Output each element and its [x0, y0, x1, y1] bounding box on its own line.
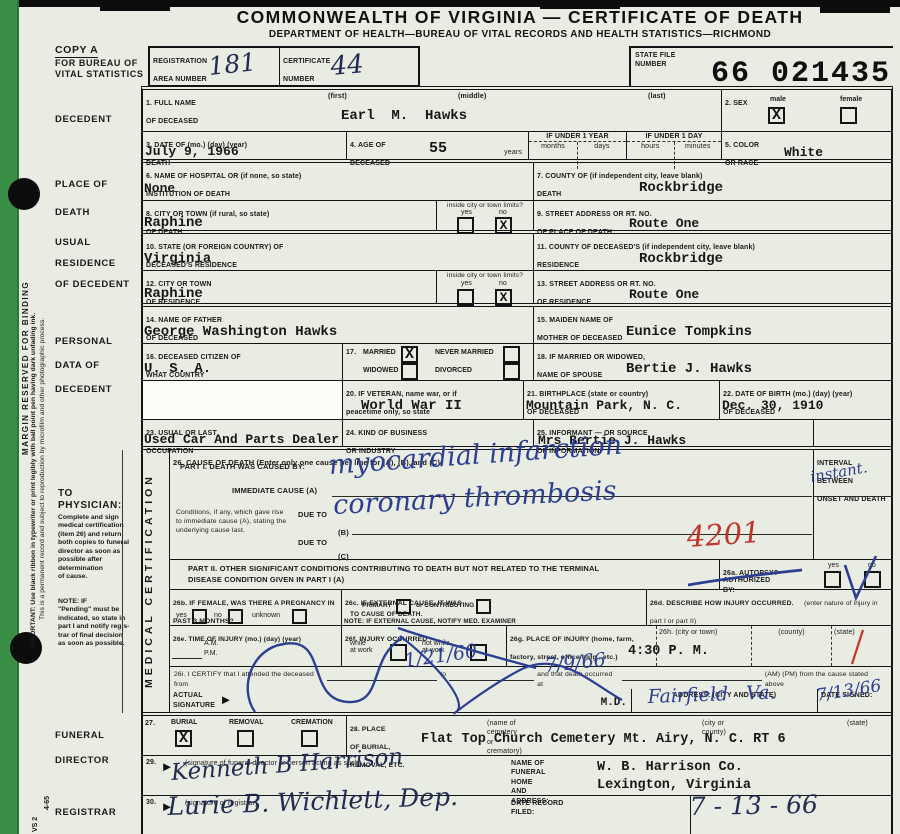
registration-area-value: 181	[207, 47, 257, 81]
to-physician-note: Complete and sign medical certification …	[58, 514, 130, 582]
widowed-checkbox	[401, 363, 418, 380]
section-personal-data: PERSONAL DATA OF DECEDENT	[55, 336, 113, 395]
occupation-cell: 23. USUAL OR LAST OCCUPATION Used Car An…	[143, 420, 343, 446]
hint-middle: (middle)	[458, 92, 486, 101]
certificate-number-value: 44	[329, 49, 365, 82]
father-value: George Washington Hawks	[144, 324, 337, 340]
limits-death-no-label: no	[499, 209, 507, 216]
sex-female-checkbox	[840, 107, 857, 124]
part2-cell: PART II. OTHER SIGNIFICANT CONDITIONS CO…	[170, 560, 720, 589]
hospital-value: None	[144, 181, 175, 196]
removal-checkbox	[237, 730, 254, 747]
row-name-sex: 1. FULL NAME OF DECEASED (first) (middle…	[143, 90, 891, 132]
under-one-day-label: IF UNDER 1 DAY	[627, 132, 721, 142]
date-filed-label: DATE RECORD FILED:	[511, 799, 563, 818]
describe-injury-label: 26d. DESCRIBE HOW INJURY OCCURRED.	[650, 600, 794, 607]
certify-to-label: to	[437, 670, 449, 679]
county-death-cell: 7. COUNTY OF (if independent city, leave…	[534, 163, 706, 200]
autopsy-no-label: no	[868, 562, 876, 569]
registration-box: REGISTRATION AREA NUMBER 181 CERTIFICATE…	[148, 46, 420, 87]
limits-death-cell: inside city or town limits? yes no X	[437, 201, 534, 230]
binding-edge-strip	[0, 0, 19, 834]
interval-line	[814, 496, 892, 497]
external-cause-cell: 26c. IF EXTERNAL CAUSE, IT WAS PRIMARY o…	[342, 590, 647, 625]
informant-extra-cell	[814, 420, 820, 446]
death-certificate-scan: MARGIN RESERVED FOR BINDING IMPORTANT: U…	[0, 0, 900, 834]
signature-arrow-icon: ►	[220, 692, 233, 707]
spouse-cell: 18. IF MARRIED OR WIDOWED, NAME OF SPOUS…	[534, 344, 648, 380]
under-one-day-cell: IF UNDER 1 DAY hours minutes	[627, 132, 722, 159]
cause-part1-label: PART I. DEATH WAS CAUSED BY:	[180, 462, 305, 472]
pregnancy-unknown-checkbox	[292, 609, 307, 624]
cremation-checkbox	[301, 730, 318, 747]
autopsy-yes-checkbox	[824, 571, 841, 588]
state-file-label: STATE FILE NUMBER	[635, 51, 676, 70]
hospital-cell: 6. NAME OF HOSPITAL OR (if none, so stat…	[143, 163, 534, 200]
veteran-value: World War II	[361, 398, 462, 414]
part2-label: PART II. OTHER SIGNIFICANT CONDITIONS CO…	[188, 564, 599, 584]
city-death-value: Raphine	[144, 215, 203, 231]
citizen-cell: 16. DECEASED CITIZEN OF WHAT COUNTRY U. …	[143, 344, 343, 380]
sex-male-label: male	[770, 96, 786, 103]
cemetery-state-hint: (state)	[847, 719, 868, 728]
pregnancy-no-label: no	[214, 612, 222, 619]
funeral-home-cell: NAME OF FUNERAL HOME AND ADDRESS: W. B. …	[507, 756, 513, 795]
row-burial: 27. BURIAL X REMOVAL CREMATION 28. PLACE…	[143, 716, 891, 756]
margin-important-line2: This is a permanent record and subject t…	[39, 318, 46, 620]
copy-label: COPY A	[55, 44, 98, 58]
row-veteran-birth: 20. IF VETERAN, name war, or if peacetim…	[143, 381, 891, 420]
limits-death-label: inside city or town limits?	[439, 202, 531, 211]
form-revision: 4-65	[44, 796, 51, 810]
pregnancy-cell: 26b. IF FEMALE, WAS THERE A PREGNANCY IN…	[170, 590, 342, 625]
whiteout-cell	[143, 381, 343, 419]
pregnancy-yes-label: yes	[176, 612, 187, 619]
conditions-note: Conditions, if any, which gave rise to i…	[176, 508, 286, 536]
widowed-label: WIDOWED	[363, 367, 398, 374]
full-name-value: Earl M. Hawks	[341, 108, 467, 124]
certificate-title: COMMONWEALTH OF VIRGINIA — CERTIFICATE O…	[150, 7, 890, 28]
margin-binding-text: MARGIN RESERVED FOR BINDING	[21, 281, 30, 455]
certify-from-line	[327, 670, 437, 681]
sex-male-checkbox: X	[768, 107, 785, 124]
date-of-death-cell: 3. DATE OF (mo.) (day) (year) DEATH July…	[143, 132, 347, 159]
mother-label: 15. MAIDEN NAME OF MOTHER OF DECEASED	[537, 317, 623, 342]
color-race-label: 5. COLOR OR RACE	[725, 142, 759, 167]
section-residence: USUAL RESIDENCE OF DECEDENT	[55, 238, 130, 290]
injury-state-label: (state)	[832, 626, 857, 666]
limits-res-yes-checkbox	[457, 289, 474, 306]
married-checkbox: X	[401, 346, 418, 363]
medical-cert-vertical-label: MEDICAL CERTIFICATION	[143, 450, 169, 712]
funeral-home-value: W. B. Harrison Co. Lexington, Virginia	[597, 759, 751, 795]
actual-signature-label: ACTUAL SIGNATURE	[173, 691, 215, 710]
place-burial-value: Flat Top Church Cemetery Mt. Airy, N. C.…	[421, 732, 786, 747]
certificate-number-label: CERTIFICATE NUMBER	[283, 58, 330, 83]
under-one-year-label: IF UNDER 1 YEAR	[529, 132, 626, 142]
limits-res-yes-label: yes	[461, 280, 472, 287]
county-res-cell: 11. COUNTY OF DECEASED'S (if independent…	[534, 234, 758, 270]
time-injury-cell: 26e. TIME OF INJURY (mo.) (day) (year) A…	[170, 626, 342, 666]
medical-cert-strip: MEDICAL CERTIFICATION	[143, 450, 170, 712]
due-to-b-label: DUE TO	[298, 510, 327, 520]
hole-punch	[8, 178, 40, 210]
county-death-value: Rockbridge	[639, 180, 723, 196]
registration-area-label: REGISTRATION AREA NUMBER	[153, 58, 207, 83]
immediate-cause-label: IMMEDIATE CAUSE (A)	[232, 486, 317, 496]
divorced-checkbox	[503, 363, 520, 380]
birthplace-cell: 21. BIRTHPLACE (state or country) OF DEC…	[524, 381, 720, 419]
external-contributing-checkbox	[476, 599, 491, 614]
street-death-value: Route One	[629, 216, 699, 231]
limits-res-cell: inside city or town limits? yes no X	[437, 271, 534, 303]
marital-cell: 17. MARRIED X NEVER MARRIED WIDOWED DIVO…	[343, 344, 534, 380]
pregnancy-unknown-label: unknown	[252, 612, 280, 619]
mother-cell: 15. MAIDEN NAME OF MOTHER OF DECEASED Eu…	[534, 307, 626, 343]
row-parents: 14. NAME OF FATHER OF DECEASED George Wa…	[143, 307, 891, 344]
row-hospital-county: 6. NAME OF HOSPITAL OR (if none, so stat…	[143, 163, 891, 201]
cause-b-label: (B)	[338, 528, 349, 538]
limits-death-yes-checkbox	[457, 217, 474, 234]
part2-row: PART II. OTHER SIGNIFICANT CONDITIONS CO…	[170, 560, 891, 590]
registrar-number-label: 30.	[146, 798, 156, 807]
actual-signature-cell: ACTUAL SIGNATURE ► M.D.	[170, 689, 632, 712]
city-res-value: Raphine	[144, 286, 203, 302]
section-place-of-death: PLACE OF DEATH	[55, 178, 108, 219]
full-name-label: 1. FULL NAME OF DECEASED	[146, 100, 198, 125]
age-value: 55	[429, 140, 447, 157]
citizen-value: U. S. A.	[144, 361, 211, 377]
autopsy-no-checkbox	[864, 571, 881, 588]
death-time-value: 4:30 P. M.	[628, 644, 709, 659]
street-death-cell: 9. STREET ADDRESS OR RT. NO. OF PLACE OF…	[534, 201, 655, 230]
hw-date-filed: 7 - 13 - 66	[689, 790, 818, 821]
limits-death-yes-label: yes	[461, 209, 472, 216]
section-funeral-director: FUNERAL DIRECTOR	[55, 730, 109, 767]
removal-label: REMOVAL	[229, 719, 263, 726]
describe-injury-cell: 26d. DESCRIBE HOW INJURY OCCURRED. (ente…	[647, 590, 891, 625]
state-file-box: STATE FILE NUMBER 66 021435	[629, 46, 893, 87]
pregnancy-no-checkbox	[228, 609, 243, 624]
time-injury-line	[172, 658, 202, 659]
sex-female-label: female	[840, 96, 862, 103]
pregnancy-external-row: 26b. IF FEMALE, WAS THERE A PREGNANCY IN…	[170, 590, 891, 626]
row-state-res: 10. STATE (OR FOREIGN COUNTRY) OF DECEAS…	[143, 234, 891, 271]
city-death-cell: 8. CITY OR TOWN (if rural, so state) OF …	[143, 201, 437, 230]
row-citizen-marital: 16. DECEASED CITIZEN OF WHAT COUNTRY U. …	[143, 344, 891, 381]
married-label: MARRIED	[363, 349, 396, 356]
limits-death-no-checkbox: X	[495, 217, 512, 234]
row-date-age: 3. DATE OF (mo.) (day) (year) DEATH July…	[143, 132, 891, 163]
limits-res-no-label: no	[499, 280, 507, 287]
father-cell: 14. NAME OF FATHER OF DECEASED George Wa…	[143, 307, 534, 343]
street-res-value: Route One	[629, 287, 699, 302]
color-race-cell: 5. COLOR OR RACE White	[722, 132, 762, 159]
autopsy-yes-label: yes	[828, 562, 839, 569]
street-res-cell: 13. STREET ADDRESS OR RT. NO. OF RESIDEN…	[534, 271, 659, 303]
md-label: M.D.	[601, 697, 627, 709]
marital-label: 17.	[346, 348, 356, 357]
full-name-cell: 1. FULL NAME OF DECEASED (first) (middle…	[143, 90, 722, 131]
injury-county-label: (county)	[752, 626, 832, 666]
hint-first: (first)	[328, 92, 347, 101]
row-city-res: 12. CITY OR TOWN OF RESIDENCE Raphine in…	[143, 271, 891, 307]
certificate-number-cell: CERTIFICATE NUMBER 44	[280, 48, 333, 85]
injury-row: 26e. TIME OF INJURY (mo.) (day) (year) A…	[170, 626, 891, 667]
cremation-label: CREMATION	[291, 719, 333, 726]
form-number: VS 2	[32, 817, 39, 832]
external-primary-label: PRIMARY	[362, 602, 392, 609]
age-unit-label: years	[504, 148, 522, 157]
birth-date-value: Dec. 30, 1910	[722, 398, 823, 413]
date-of-death-value: July 9, 1966	[145, 144, 239, 159]
age-cell: 4. AGE OF DECEASED 55 years	[347, 132, 529, 159]
certificate-subtitle: DEPARTMENT OF HEALTH—BUREAU OF VITAL REC…	[150, 29, 890, 40]
hint-last: (last)	[648, 92, 666, 101]
never-married-checkbox	[503, 346, 520, 363]
signature-row: ACTUAL SIGNATURE ► M.D. ADDRESS: (CITY A…	[170, 689, 891, 712]
certify-row: 26i. I CERTIFY that I attended the decea…	[170, 667, 891, 689]
director-number-label: 29.	[146, 758, 156, 767]
veteran-cell: 20. IF VETERAN, name war, or if peacetim…	[343, 381, 524, 419]
am-label: A.M.	[204, 640, 218, 647]
hole-punch	[10, 632, 42, 664]
pm-label: P.M.	[204, 650, 218, 657]
certify-to-line	[449, 670, 534, 681]
while-at-work-label: while at work	[350, 640, 373, 654]
bureau-label: FOR BUREAU OF VITAL STATISTICS	[55, 58, 143, 80]
disposition-label: 27.	[145, 719, 155, 728]
county-res-value: Rockbridge	[639, 251, 723, 267]
birth-date-cell: 22. DATE OF BIRTH (mo.) (day) (year) OF …	[720, 381, 855, 419]
spouse-value: Bertie J. Hawks	[626, 361, 752, 377]
mother-value: Eunice Tompkins	[626, 324, 752, 340]
time-injury-label: 26e. TIME OF INJURY (mo.) (day) (year)	[173, 636, 301, 643]
hw-code-red: 4201	[686, 515, 762, 554]
divorced-label: DIVORCED	[435, 367, 472, 374]
to-physician-title: TO PHYSICIAN:	[58, 488, 122, 511]
never-married-label: NEVER MARRIED	[435, 349, 494, 356]
state-res-value: Virginia	[144, 251, 211, 267]
birthplace-value: Mountain Park, N. C.	[526, 398, 682, 413]
limits-res-label: inside city or town limits?	[439, 272, 531, 281]
state-res-cell: 10. STATE (OR FOREIGN COUNTRY) OF DECEAS…	[143, 234, 534, 270]
burial-label: BURIAL	[171, 719, 197, 726]
registration-area-cell: REGISTRATION AREA NUMBER 181	[150, 48, 280, 85]
section-decedent: DECEDENT	[55, 110, 112, 130]
sex-cell: 2. SEX male female X	[722, 90, 751, 131]
certify-label: 26i. I CERTIFY that I attended the decea…	[174, 670, 327, 688]
section-registrar: REGISTRAR	[55, 803, 116, 823]
margin-important-line1: IMPORTANT: Use black ribbon in typewrite…	[30, 313, 37, 648]
autopsy-cell: 26a. AUTOPSY? yes no AUTHORIZED BY:	[720, 560, 781, 589]
pregnancy-yes-checkbox	[192, 609, 207, 624]
occupation-value: Used Car And Parts Dealer	[144, 432, 339, 447]
under-one-year-cell: IF UNDER 1 YEAR months days	[529, 132, 627, 159]
city-res-cell: 12. CITY OR TOWN OF RESIDENCE Raphine	[143, 271, 437, 303]
external-contributing-label: or CONTRIBUTING	[416, 602, 474, 609]
certify-time-line	[622, 670, 762, 681]
burial-checkbox: X	[175, 730, 192, 747]
due-to-c-label: DUE TO	[298, 538, 327, 548]
limits-res-no-checkbox: X	[495, 289, 512, 306]
sex-label: 2. SEX	[725, 100, 748, 107]
row-city-death: 8. CITY OR TOWN (if rural, so state) OF …	[143, 201, 891, 234]
color-race-value: White	[784, 145, 823, 160]
pending-note: NOTE: IF "Pending" must be indicated, so…	[58, 598, 130, 649]
hw-physician-address: Fairfield Va.	[647, 682, 776, 708]
physician-note-divider	[122, 450, 123, 713]
